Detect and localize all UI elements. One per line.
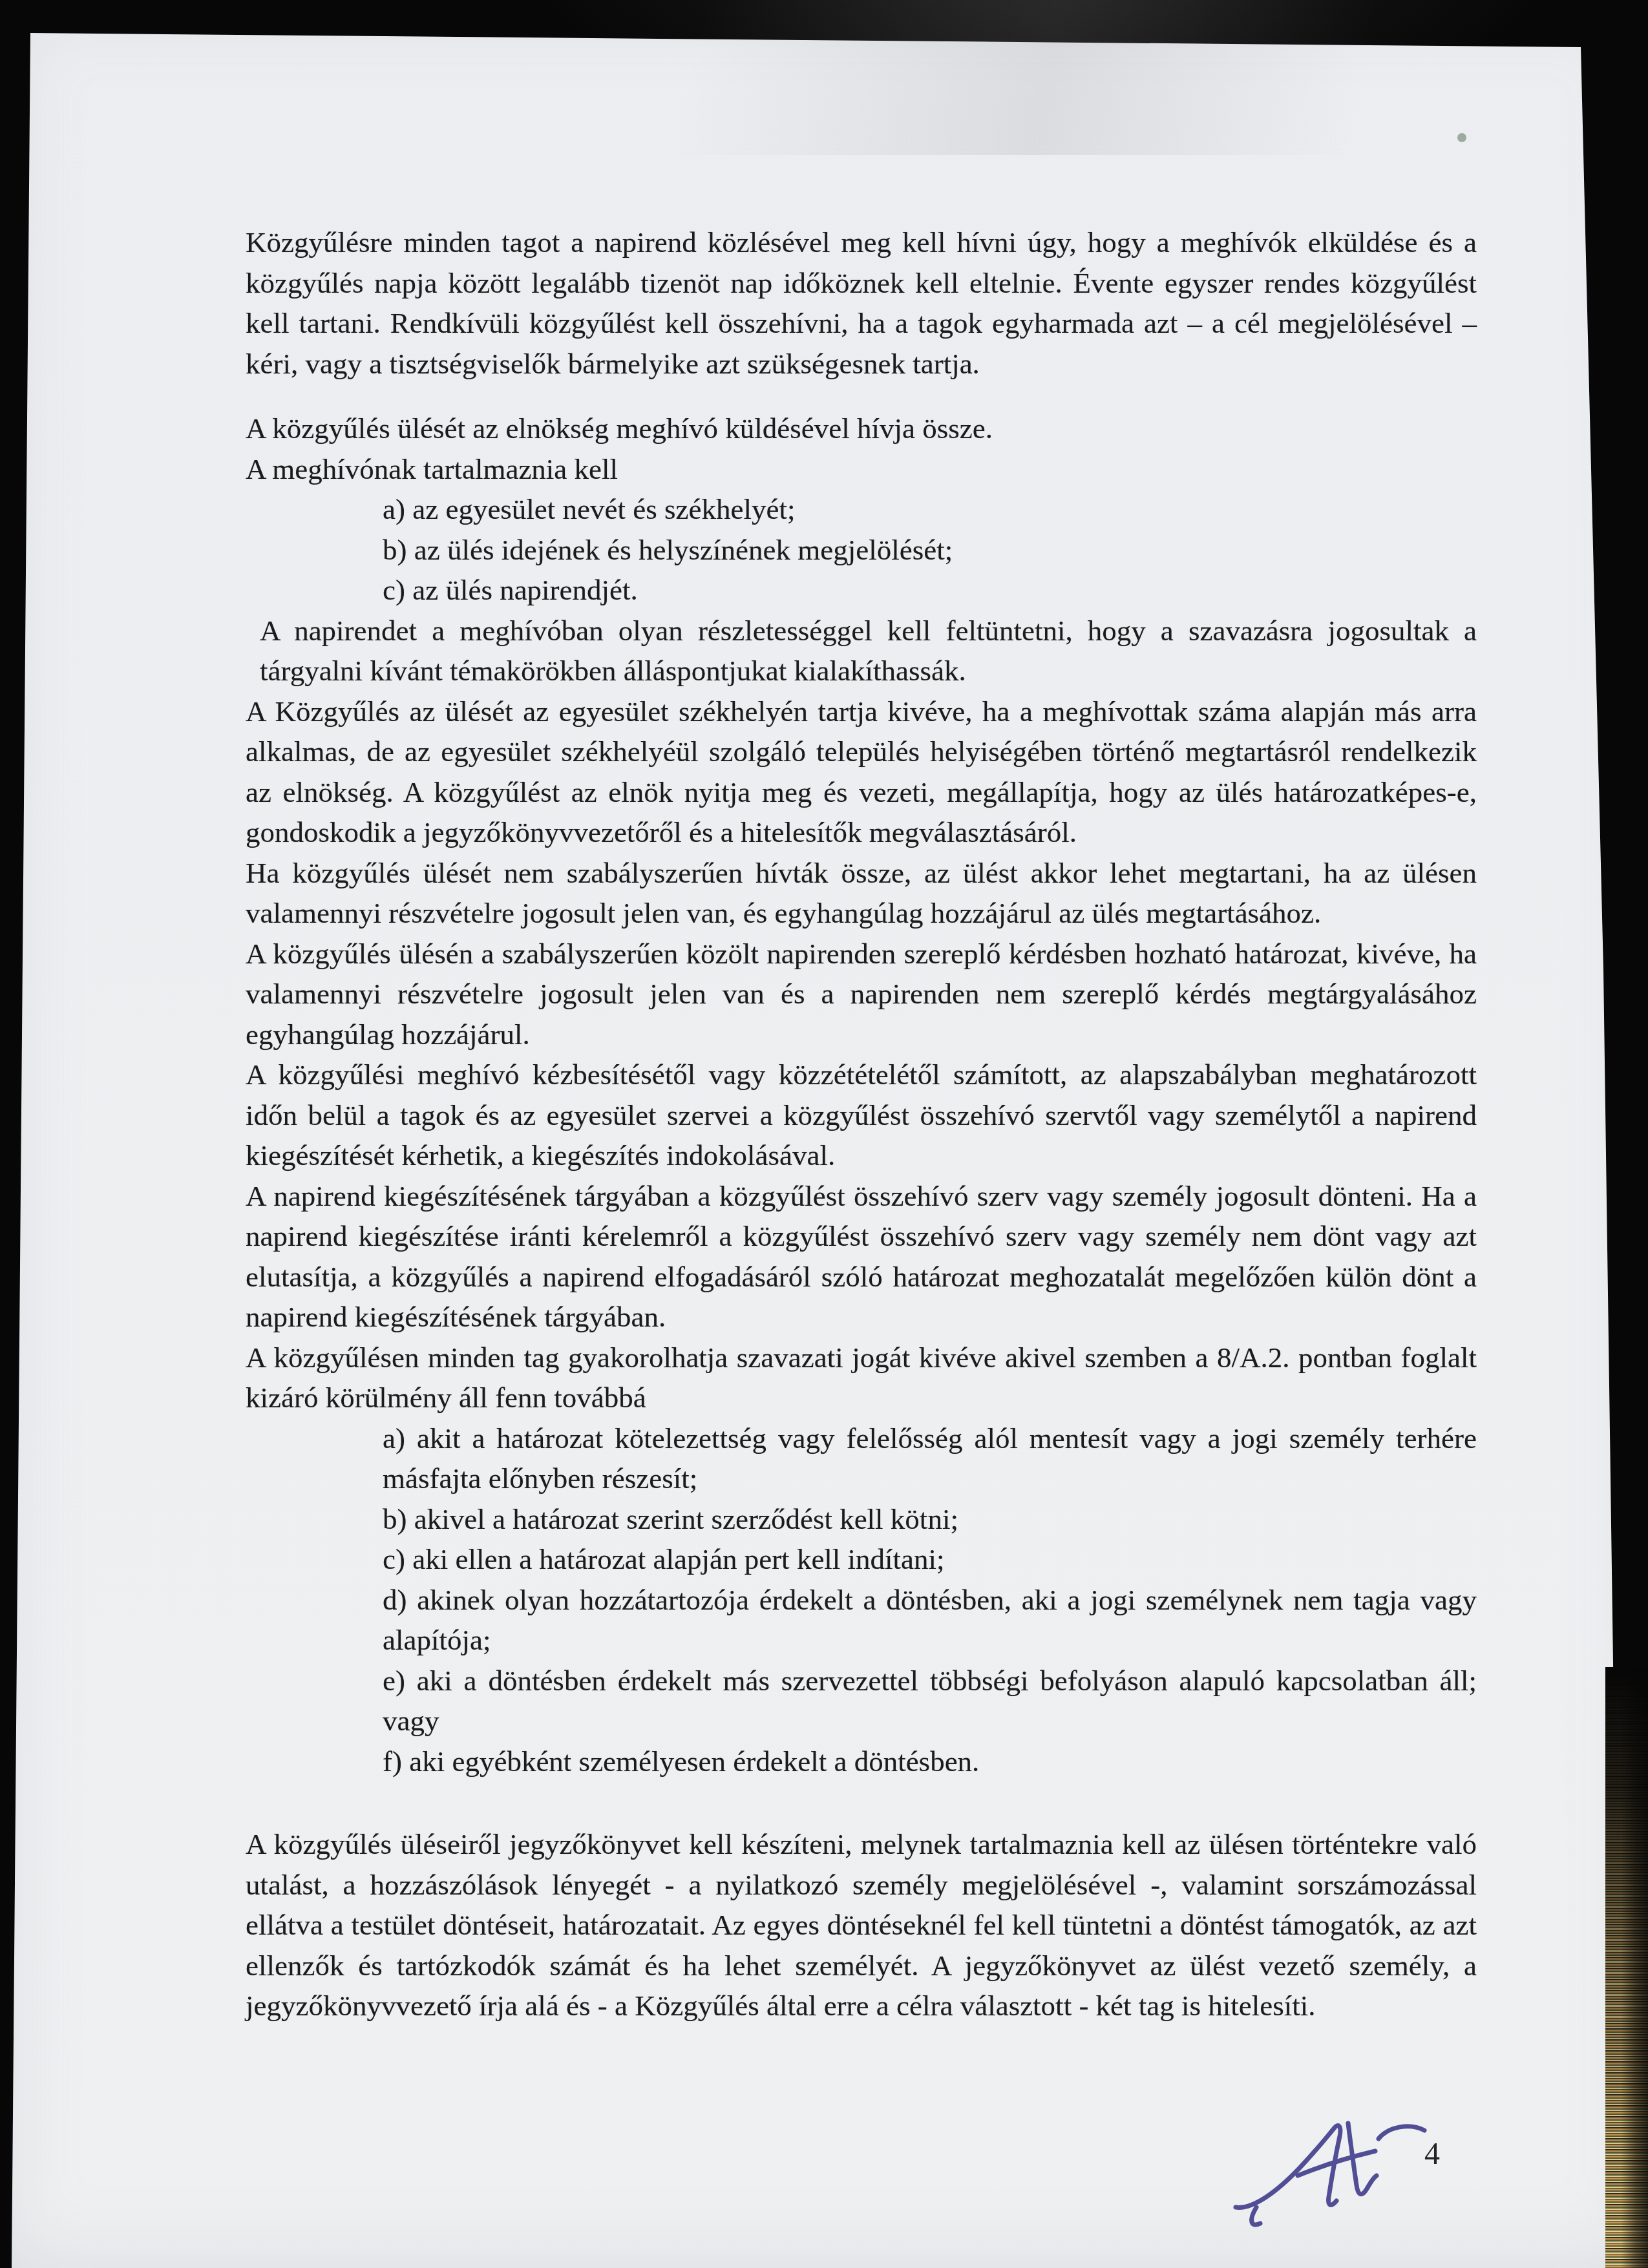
paragraph: A közgyűlésen minden tag gyakorolhatja s… bbox=[246, 1338, 1477, 1418]
scan-speck bbox=[1457, 133, 1466, 142]
list-item: b) akivel a határozat szerint szerződést… bbox=[246, 1499, 1477, 1540]
paragraph: Ha közgyűlés ülését nem szabályszerűen h… bbox=[246, 853, 1477, 934]
scan-stripe-artifact bbox=[1605, 1667, 1648, 2268]
list-item: c) aki ellen a határozat alapján pert ke… bbox=[246, 1539, 1477, 1580]
paragraph: A napirend kiegészítésének tárgyában a k… bbox=[246, 1176, 1477, 1338]
list-item: e) aki a döntésben érdekelt más szerveze… bbox=[246, 1661, 1477, 1741]
scanner-background: Közgyűlésre minden tagot a napirend közl… bbox=[0, 0, 1648, 2268]
paragraph: A napirendet a meghívóban olyan részlete… bbox=[246, 611, 1477, 691]
text-column: Közgyűlésre minden tagot a napirend közl… bbox=[246, 222, 1477, 2026]
list-item: b) az ülés idejének és helyszínének megj… bbox=[246, 530, 1477, 571]
paragraph: A közgyűlési meghívó kézbesítésétől vagy… bbox=[246, 1055, 1477, 1176]
paragraph: A Közgyűlés az ülését az egyesület székh… bbox=[246, 691, 1477, 853]
signature-stroke bbox=[1379, 2126, 1424, 2139]
paragraph: A közgyűlés ülésén a szabályszerűen közö… bbox=[246, 934, 1477, 1055]
page-number: 4 bbox=[1424, 2136, 1440, 2172]
spacer bbox=[246, 1781, 1477, 1824]
list-item: d) akinek olyan hozzátartozója érdekelt … bbox=[246, 1580, 1477, 1661]
signature bbox=[1221, 2113, 1435, 2236]
paragraph: A közgyűlés üléseiről jegyzőkönyvet kell… bbox=[246, 1824, 1477, 2026]
list-item: f) aki egyébként személyesen érdekelt a … bbox=[246, 1741, 1477, 1782]
paragraph: Közgyűlésre minden tagot a napirend közl… bbox=[246, 222, 1477, 384]
list-item: a) akit a határozat kötelezettség vagy f… bbox=[246, 1418, 1477, 1499]
spacer bbox=[246, 384, 1477, 408]
paragraph: A meghívónak tartalmaznia kell bbox=[246, 449, 1477, 490]
paragraph: A közgyűlés ülését az elnökség meghívó k… bbox=[246, 408, 1477, 449]
list-item: c) az ülés napirendjét. bbox=[246, 570, 1477, 611]
signature-stroke bbox=[1252, 2207, 1260, 2225]
list-item: a) az egyesület nevét és székhelyét; bbox=[246, 489, 1477, 530]
